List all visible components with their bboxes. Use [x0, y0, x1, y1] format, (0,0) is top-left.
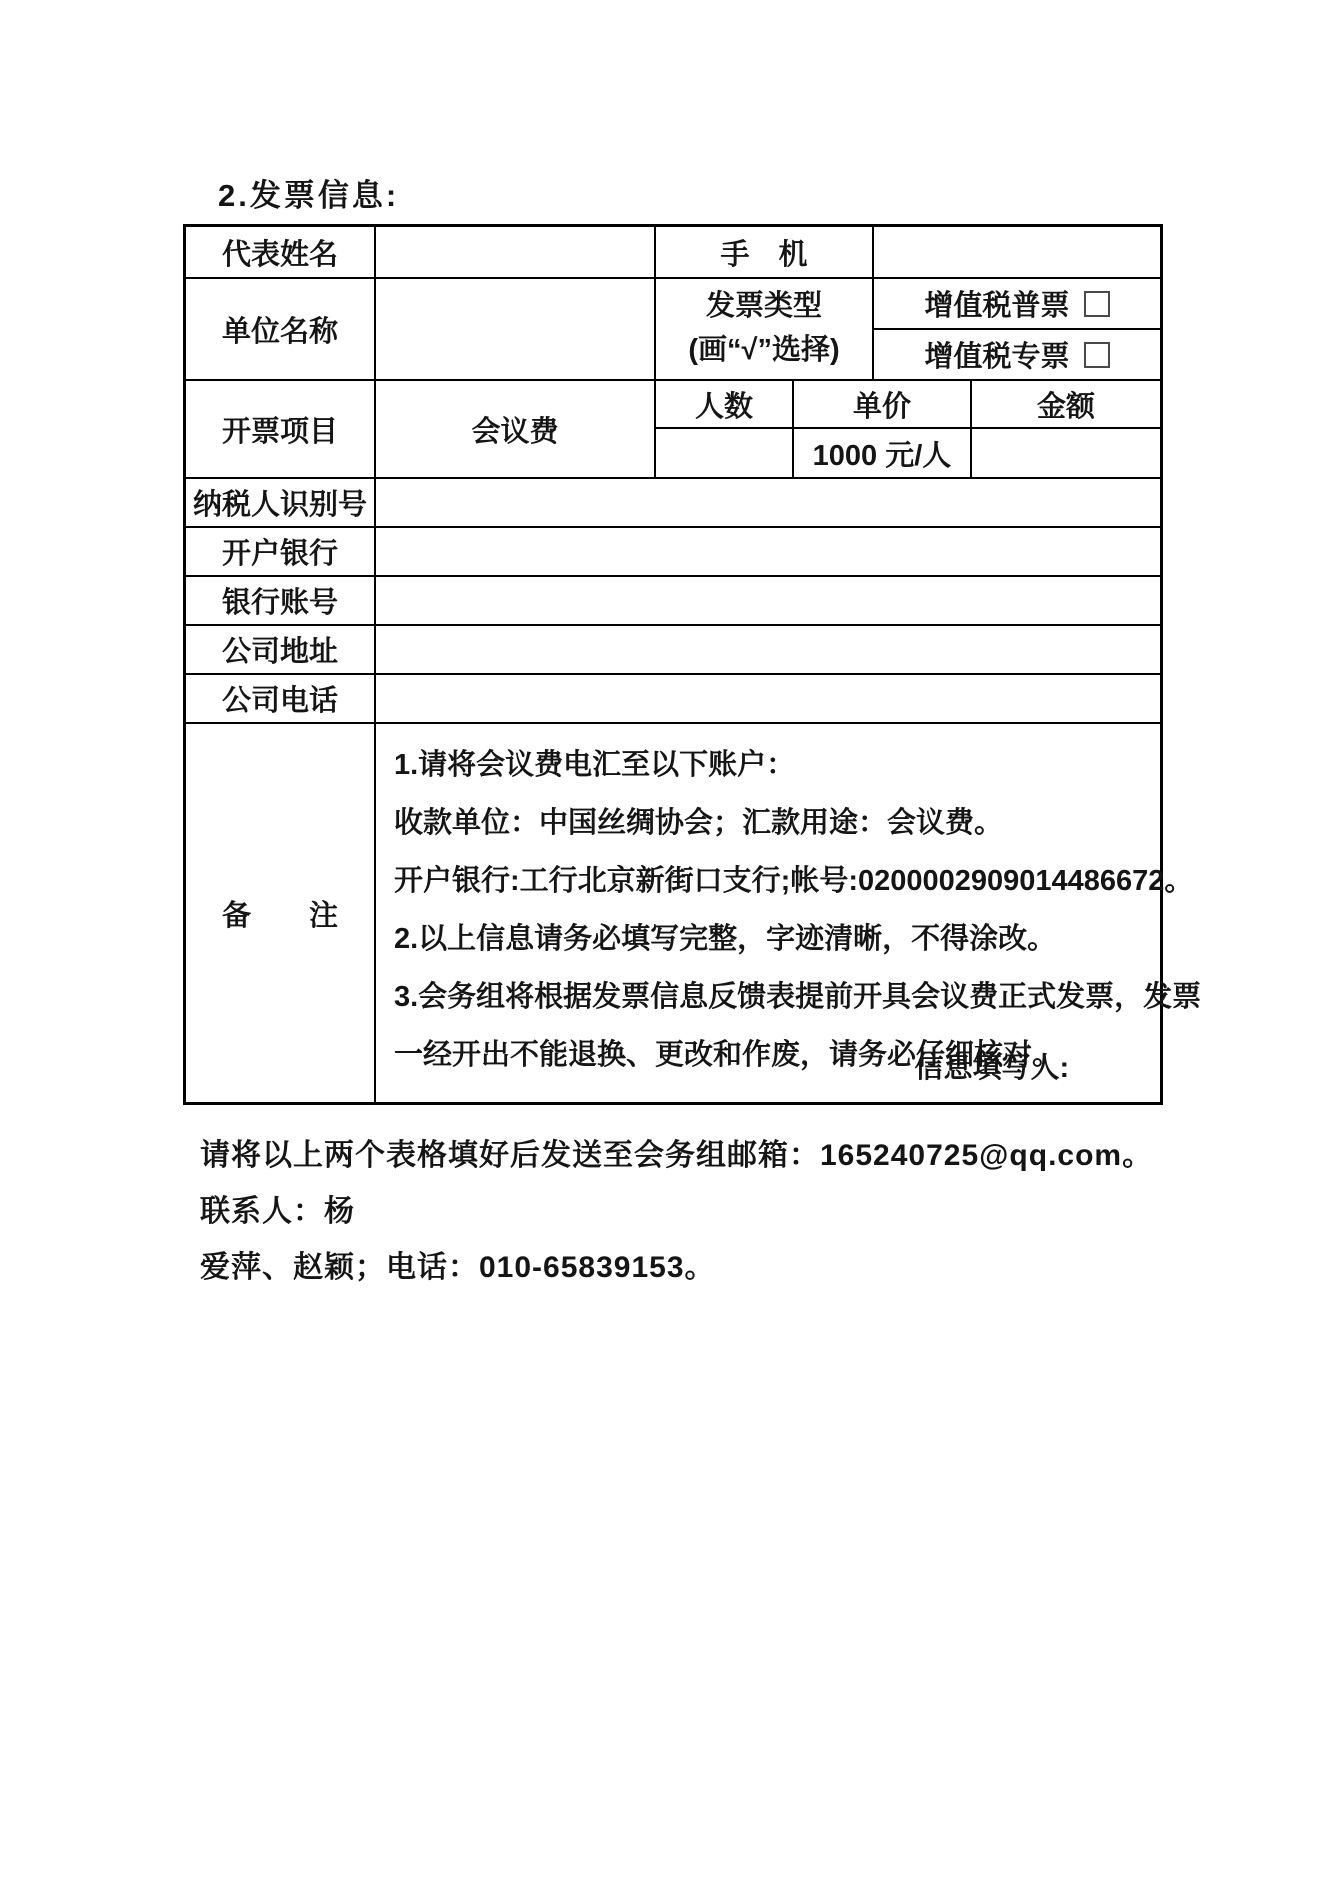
unit-price-header: 单价	[794, 381, 970, 429]
mobile-input-cell[interactable]	[874, 227, 1160, 277]
company-address-input-cell[interactable]	[376, 626, 1160, 673]
amount-header: 金额	[972, 381, 1160, 429]
row-bank-name: 开户银行	[186, 528, 1160, 577]
option-vat-special: 增值税专票	[874, 330, 1160, 379]
headcount-input-cell[interactable]	[656, 429, 792, 477]
company-label: 单位名称	[186, 279, 376, 379]
footer-note: 请将以上两个表格填好后发送至会务组邮箱：165240725@qq.com。联系人…	[200, 1128, 1165, 1296]
headcount-header: 人数	[656, 381, 792, 429]
company-input-cell[interactable]	[376, 279, 656, 379]
row-representative: 代表姓名 手 机	[186, 227, 1160, 279]
footer-line: 请将以上两个表格填好后发送至会务组邮箱：165240725@qq.com。联系人…	[200, 1128, 1165, 1240]
row-remarks: 备 注 1.请将会议费电汇至以下账户： 收款单位：中国丝绸协会；汇款用途：会议费…	[186, 724, 1160, 1102]
remarks-line: 1.请将会议费电汇至以下账户：	[394, 736, 1201, 794]
bank-account-input-cell[interactable]	[376, 577, 1160, 624]
remarks-line: 收款单位：中国丝绸协会；汇款用途：会议费。	[394, 794, 1201, 852]
vat-special-checkbox-icon[interactable]	[1084, 342, 1110, 368]
info-filler-label: 信息填写人:	[915, 1045, 1070, 1086]
invoice-type-label-line2: (画“√”选择)	[688, 335, 839, 367]
taxpayer-id-input-cell[interactable]	[376, 479, 1160, 526]
headcount-column: 人数	[656, 381, 794, 477]
row-taxpayer-id: 纳税人识别号	[186, 479, 1160, 528]
vat-general-label: 增值税普票	[924, 283, 1069, 324]
unit-price-column: 单价 1000 元/人	[794, 381, 972, 477]
remarks-line: 开户银行:工行北京新街口支行;帐号:0200002909014486672。	[394, 852, 1201, 910]
bank-account-label: 银行账号	[186, 577, 376, 624]
billing-item-label: 开票项目	[186, 381, 376, 477]
remarks-line: 2.以上信息请务必填写完整，字迹清晰，不得涂改。	[394, 910, 1201, 968]
remarks-line: 一经开出不能退换、更改和作废，请务必仔细核对。	[394, 1026, 1201, 1084]
mobile-label: 手 机	[656, 227, 874, 277]
unit-price-value: 1000 元/人	[794, 429, 970, 477]
option-vat-general: 增值税普票	[874, 279, 1160, 330]
taxpayer-id-label: 纳税人识别号	[186, 479, 376, 526]
invoice-type-options: 增值税普票 增值税专票	[874, 279, 1160, 379]
row-bank-account: 银行账号	[186, 577, 1160, 626]
section-heading: 2.发票信息:	[218, 170, 399, 215]
bank-name-input-cell[interactable]	[376, 528, 1160, 575]
invoice-type-label: 发票类型 (画“√”选择)	[656, 279, 874, 379]
remarks-label: 备 注	[186, 724, 376, 1102]
remarks-content: 1.请将会议费电汇至以下账户： 收款单位：中国丝绸协会；汇款用途：会议费。 开户…	[376, 724, 1219, 1102]
representative-input-cell[interactable]	[376, 227, 656, 277]
company-address-label: 公司地址	[186, 626, 376, 673]
remarks-line: 3.会务组将根据发票信息反馈表提前开具会议费正式发票，发票	[394, 968, 1201, 1026]
amount-input-cell[interactable]	[972, 429, 1160, 477]
company-phone-input-cell[interactable]	[376, 675, 1160, 722]
vat-general-checkbox-icon[interactable]	[1084, 291, 1110, 317]
company-phone-label: 公司电话	[186, 675, 376, 722]
row-company-address: 公司地址	[186, 626, 1160, 675]
row-company: 单位名称 发票类型 (画“√”选择) 增值税普票 增值税专票	[186, 279, 1160, 381]
row-company-phone: 公司电话	[186, 675, 1160, 724]
vat-special-label: 增值税专票	[924, 334, 1069, 375]
invoice-type-label-line1: 发票类型	[706, 291, 822, 323]
amount-column: 金额	[972, 381, 1160, 477]
row-billing-item: 开票项目 会议费 人数 单价 1000 元/人 金额	[186, 381, 1160, 479]
invoice-info-table: 代表姓名 手 机 单位名称 发票类型 (画“√”选择) 增值税普票 增值税专票	[183, 224, 1163, 1105]
footer-line: 爱萍、赵颖；电话：010-65839153。	[200, 1240, 1165, 1296]
bank-name-label: 开户银行	[186, 528, 376, 575]
document-page: 2.发票信息: 代表姓名 手 机 单位名称 发票类型 (画“√”选择) 增值税普…	[0, 0, 1333, 1884]
billing-item-value: 会议费	[376, 381, 656, 477]
representative-label: 代表姓名	[186, 227, 376, 277]
